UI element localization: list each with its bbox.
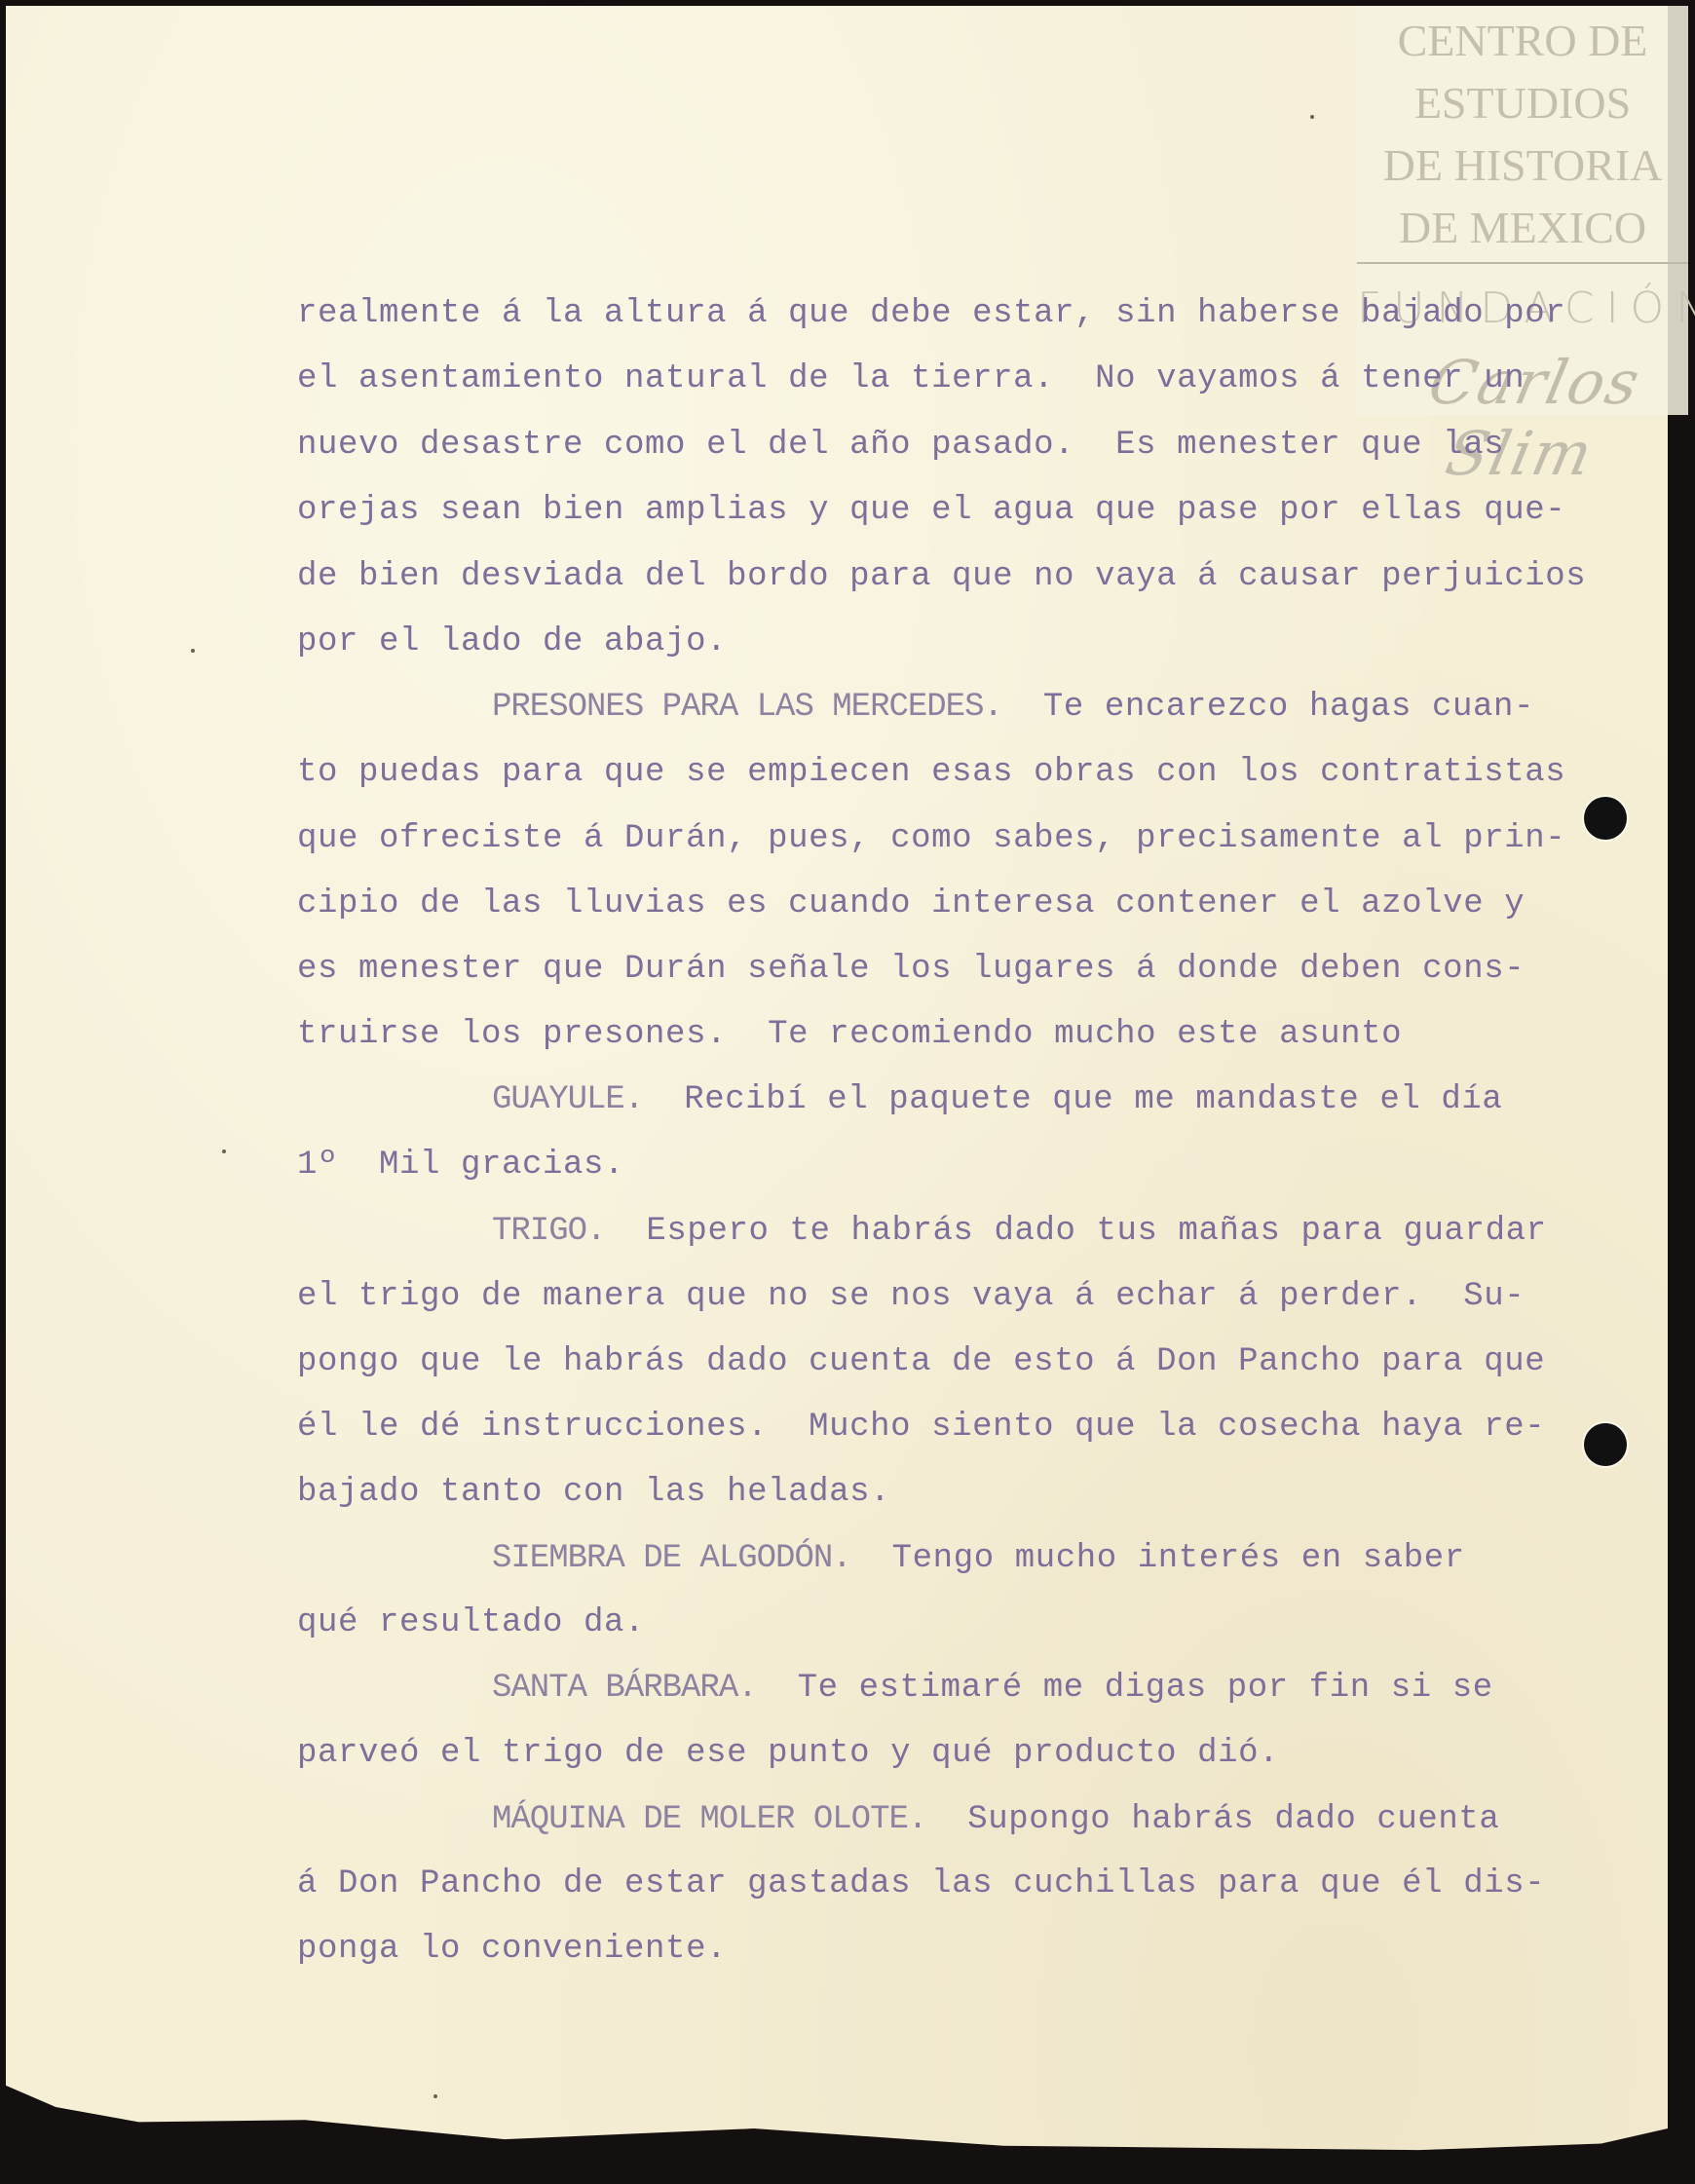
watermark-line: DE MEXICO [1357, 197, 1688, 259]
line-text: el trigo de manera que no se nos vaya á … [297, 1278, 1525, 1315]
letter-line: pongo que le habrás dado cuenta de esto … [297, 1343, 1545, 1380]
line-text: Te encarezco hagas cuan- [1002, 689, 1534, 726]
line-text: ponga lo conveniente. [297, 1931, 727, 1968]
watermark-divider [1357, 262, 1688, 264]
watermark-line: DE HISTORIA [1357, 134, 1688, 197]
line-text: cipio de las lluvias es cuando interesa … [297, 885, 1525, 923]
punch-hole [1584, 797, 1627, 840]
line-text: él le dé instrucciones. Mucho siento que… [297, 1409, 1545, 1446]
letter-line: orejas sean bien amplias y que el agua q… [297, 492, 1565, 529]
letter-line: por el lado de abajo. [297, 623, 727, 660]
line-text: orejas sean bien amplias y que el agua q… [297, 492, 1565, 529]
line-text: nuevo desastre como el del año pasado. E… [297, 427, 1504, 464]
line-text: realmente á la altura á que debe estar, … [297, 295, 1565, 332]
paragraph-heading-line: PRESONES PARA LAS MERCEDES. Te encarezco… [492, 689, 1534, 726]
letter-line: es menester que Durán señale los lugares… [297, 951, 1525, 988]
line-text: á Don Pancho de estar gastadas las cuchi… [297, 1865, 1545, 1902]
line-text: to puedas para que se empiecen esas obra… [297, 754, 1565, 791]
line-text: pongo que le habrás dado cuenta de esto … [297, 1343, 1545, 1380]
section-heading: MÁQUINA DE MOLER OLOTE. [492, 1801, 926, 1838]
line-text: Te estimaré me digas por fin si se [757, 1670, 1493, 1707]
letter-line: 1º Mil gracias. [297, 1147, 624, 1184]
line-text: 1º Mil gracias. [297, 1147, 624, 1184]
line-text: el asentamiento natural de la tierra. No… [297, 360, 1525, 397]
paragraph-heading-line: MÁQUINA DE MOLER OLOTE. Supongo habrás d… [492, 1801, 1499, 1838]
paragraph-heading-line: SANTA BÁRBARA. Te estimaré me digas por … [492, 1670, 1493, 1707]
section-heading: PRESONES PARA LAS MERCEDES. [492, 689, 1002, 726]
letter-line: nuevo desastre como el del año pasado. E… [297, 427, 1504, 464]
paper-speck [222, 1149, 226, 1153]
paragraph-heading-line: TRIGO. Espero te habrás dado tus mañas p… [492, 1213, 1547, 1250]
section-heading: SIEMBRA DE ALGODÓN. [492, 1540, 851, 1577]
line-text: Supongo habrás dado cuenta [926, 1801, 1499, 1838]
line-text: parveó el trigo de ese punto y qué produ… [297, 1735, 1279, 1772]
paper-speck [191, 649, 195, 653]
watermark-line: CENTRO DE [1357, 10, 1688, 72]
section-heading: TRIGO. [492, 1213, 605, 1250]
line-text: Recibí el paquete que me mandaste el día [643, 1081, 1502, 1118]
section-heading: GUAYULE. [492, 1081, 643, 1118]
punch-hole [1584, 1423, 1627, 1466]
line-text: por el lado de abajo. [297, 623, 727, 660]
line-text: que ofreciste á Durán, pues, como sabes,… [297, 820, 1565, 857]
section-heading: SANTA BÁRBARA. [492, 1670, 757, 1707]
line-text: bajado tanto con las heladas. [297, 1474, 890, 1511]
letter-line: él le dé instrucciones. Mucho siento que… [297, 1409, 1545, 1446]
letter-line: el trigo de manera que no se nos vaya á … [297, 1278, 1525, 1315]
line-text: de bien desviada del bordo para que no v… [297, 558, 1586, 595]
letter-line: de bien desviada del bordo para que no v… [297, 558, 1586, 595]
paragraph-heading-line: GUAYULE. Recibí el paquete que me mandas… [492, 1081, 1502, 1118]
line-text: qué resultado da. [297, 1604, 645, 1641]
letter-line: to puedas para que se empiecen esas obra… [297, 754, 1565, 791]
paper-speck [433, 2094, 437, 2098]
archive-watermark: CENTRO DE ESTUDIOS DE HISTORIA DE MEXICO… [1357, 6, 1688, 415]
line-text: truirse los presones. Te recomiendo much… [297, 1016, 1402, 1053]
paragraph-heading-line: SIEMBRA DE ALGODÓN. Tengo mucho interés … [492, 1540, 1465, 1577]
letter-line: realmente á la altura á que debe estar, … [297, 295, 1565, 332]
letter-line: parveó el trigo de ese punto y qué produ… [297, 1735, 1279, 1772]
line-text: es menester que Durán señale los lugares… [297, 951, 1525, 988]
line-text: Tengo mucho interés en saber [851, 1540, 1465, 1577]
letter-line: cipio de las lluvias es cuando interesa … [297, 885, 1525, 923]
paper-speck [1310, 115, 1314, 119]
letter-line: que ofreciste á Durán, pues, como sabes,… [297, 820, 1565, 857]
line-text: Espero te habrás dado tus mañas para gua… [605, 1213, 1546, 1250]
letter-line: ponga lo conveniente. [297, 1931, 727, 1968]
letter-line: el asentamiento natural de la tierra. No… [297, 360, 1525, 397]
letter-line: á Don Pancho de estar gastadas las cuchi… [297, 1865, 1545, 1902]
letter-line: qué resultado da. [297, 1604, 645, 1641]
letter-line: truirse los presones. Te recomiendo much… [297, 1016, 1402, 1053]
watermark-line: ESTUDIOS [1357, 72, 1688, 134]
letter-line: bajado tanto con las heladas. [297, 1474, 890, 1511]
